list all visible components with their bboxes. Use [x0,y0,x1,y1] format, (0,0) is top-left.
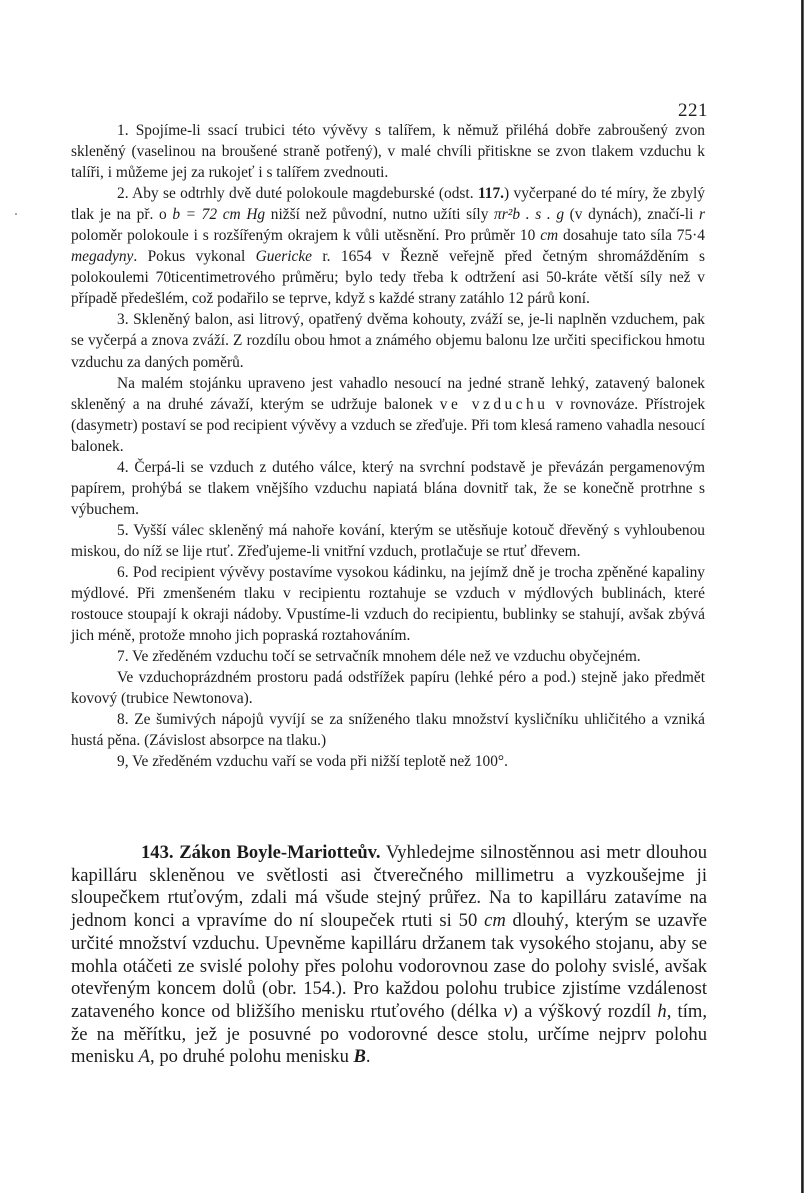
reference-117: 117. [478,185,504,202]
formula-force: πr²b . s . g [494,206,564,223]
spaced-emphasis: ve vzduchu [440,396,549,413]
paragraph-6: 6. Pod recipient vývěvy postavíme vysoko… [71,562,705,646]
paragraph-1: 1. Spojíme-li ssací trubici této vývěvy … [71,120,705,183]
paragraph-7: 7. Ve zředěném vzduchu točí se setrvační… [71,646,705,667]
small-print-block: 1. Spojíme-li ssací trubici této vývěvy … [71,120,705,772]
section-heading: 143. Zákon Boyle-Mariotteův. [141,842,381,863]
paragraph-5: 5. Vyšší válec skleněný má nahoře kování… [71,520,705,562]
paragraph-9: 9, Ve zředěném vzduchu vaří se voda při … [71,751,705,772]
paragraph-8: 8. Ze šumivých nápojů vyvíjí se za sníže… [71,709,705,751]
paragraph-2: 2. Aby se odtrhly dvě duté polokoule mag… [71,183,705,309]
paragraph-3b: Na malém stojánku upraveno jest vahadlo … [71,373,705,457]
paragraph-7b: Ve vzduchoprázdném prostoru padá odstříž… [71,667,705,709]
section-paragraph: 143. Zákon Boyle-Mariotteův. Vyhledejme … [71,842,707,1069]
scan-speck [15,213,17,215]
name-guericke: Guericke [256,248,312,265]
formula-pressure: b = 72 cm Hg [172,206,265,223]
section-143: 143. Zákon Boyle-Mariotteův. Vyhledejme … [71,842,707,1069]
page-number: 221 [668,100,708,122]
paragraph-3: 3. Skleněný balon, asi litrový, opatřený… [71,309,705,372]
unit-megadyny: megadyny [71,248,133,265]
paragraph-4: 4. Čerpá-li se vzduch z dutého válce, kt… [71,457,705,520]
scan-page-edge [801,0,804,1193]
